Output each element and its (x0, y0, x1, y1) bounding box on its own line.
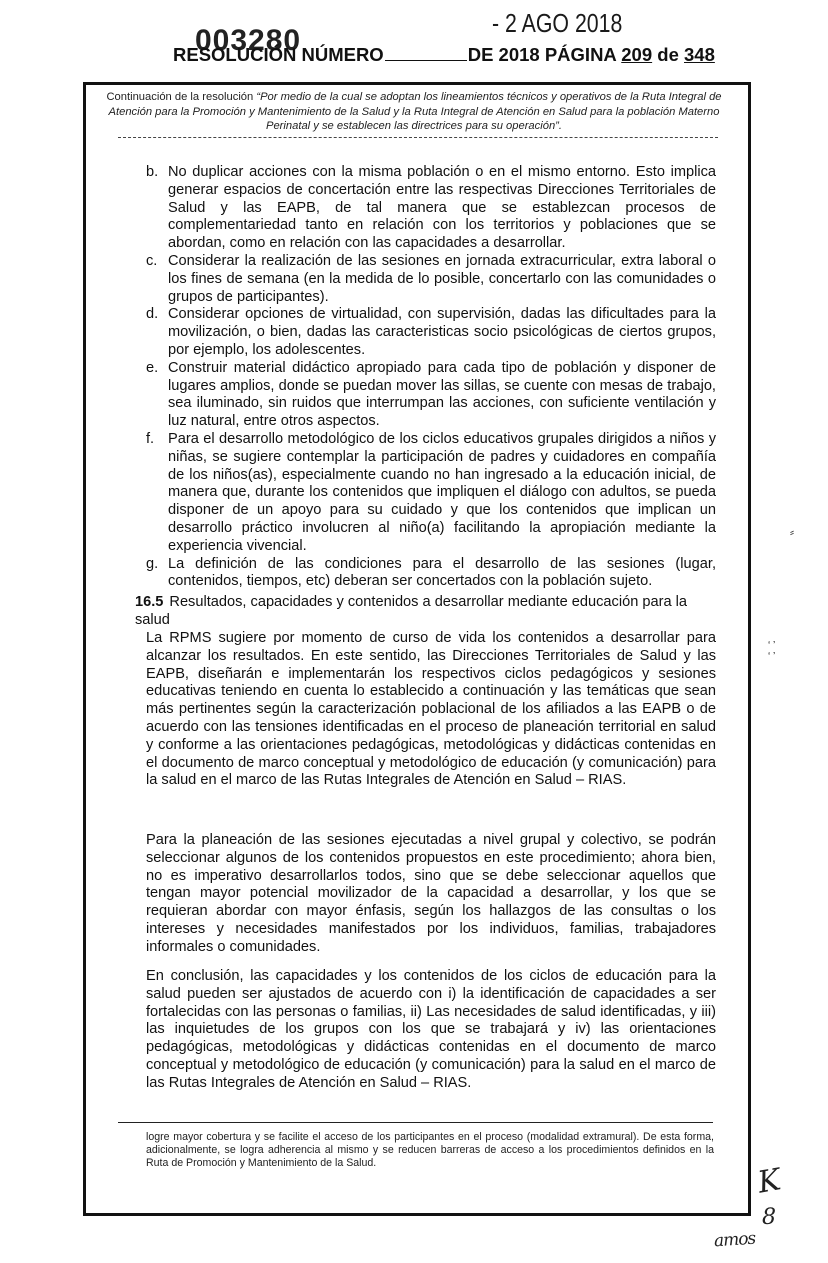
handwritten-initial: K (755, 1162, 783, 1200)
resolution-title-line: RESOLUCIÓN NÚMERODE 2018 PÁGINA 209 de 3… (173, 44, 715, 66)
paragraph: Para la planeación de las sesiones ejecu… (146, 832, 716, 957)
list-item-text: No duplicar acciones con la misma poblac… (168, 164, 716, 251)
date-stamp: - 2 AGO 2018 (492, 8, 622, 39)
list-item: c.Considerar la realización de las sesio… (146, 253, 716, 306)
continuation-note: Continuación de la resolución “Por medio… (100, 90, 728, 134)
list-marker: d. (146, 306, 158, 324)
section-heading: 16.5Resultados, capacidades y contenidos… (135, 594, 715, 630)
recommendations-list: b.No duplicar acciones con la misma pobl… (146, 164, 716, 591)
section-title-text: Resultados, capacidades y contenidos a d… (135, 594, 687, 628)
list-item: d.Considerar opciones de virtualidad, co… (146, 306, 716, 359)
continuation-lead: Continuación de la resolución (106, 91, 256, 103)
list-item-text: Considerar la realización de las sesione… (168, 253, 716, 305)
list-marker: c. (146, 253, 157, 271)
list-item-text: Considerar opciones de virtualidad, con … (168, 306, 716, 358)
resolution-year-text: DE 2018 PÁGINA (468, 44, 616, 65)
page-total: 348 (684, 44, 715, 65)
scan-artifact: ⸗ (790, 525, 794, 539)
list-item: g.La definición de las condiciones para … (146, 556, 716, 592)
list-marker: f. (146, 431, 154, 449)
paragraph: La RPMS sugiere por momento de curso de … (146, 630, 716, 790)
page-header: - 2 AGO 2018 003280 RESOLUCIÓN NÚMERODE … (0, 0, 828, 82)
handwritten-number: 8 (762, 1205, 776, 1230)
list-item-text: La definición de las condiciones para el… (168, 556, 716, 590)
list-item-text: Construir material didáctico apropiado p… (168, 360, 716, 429)
footnote-divider (118, 1122, 713, 1123)
scan-artifact: ‘ ’‘ ’ (768, 640, 775, 662)
list-item: b.No duplicar acciones con la misma pobl… (146, 164, 716, 253)
list-item-text: Para el desarrollo metodológico de los c… (168, 431, 716, 554)
resolution-title-prefix: RESOLUCIÓN NÚMERO (173, 44, 384, 65)
list-marker: g. (146, 556, 158, 574)
list-marker: b. (146, 164, 158, 182)
paragraph: En conclusión, las capacidades y los con… (146, 968, 716, 1093)
resolution-number-underline (385, 44, 467, 61)
dashed-divider (118, 137, 718, 138)
list-item: f.Para el desarrollo metodológico de los… (146, 431, 716, 556)
page-of: de (657, 44, 679, 65)
list-item: e.Construir material didáctico apropiado… (146, 360, 716, 431)
page-current: 209 (621, 44, 652, 65)
handwritten-signature: amos (713, 1229, 756, 1252)
section-number: 16.5 (135, 594, 163, 610)
footnote-text: logre mayor cobertura y se facilite el a… (146, 1131, 714, 1171)
list-marker: e. (146, 360, 158, 378)
